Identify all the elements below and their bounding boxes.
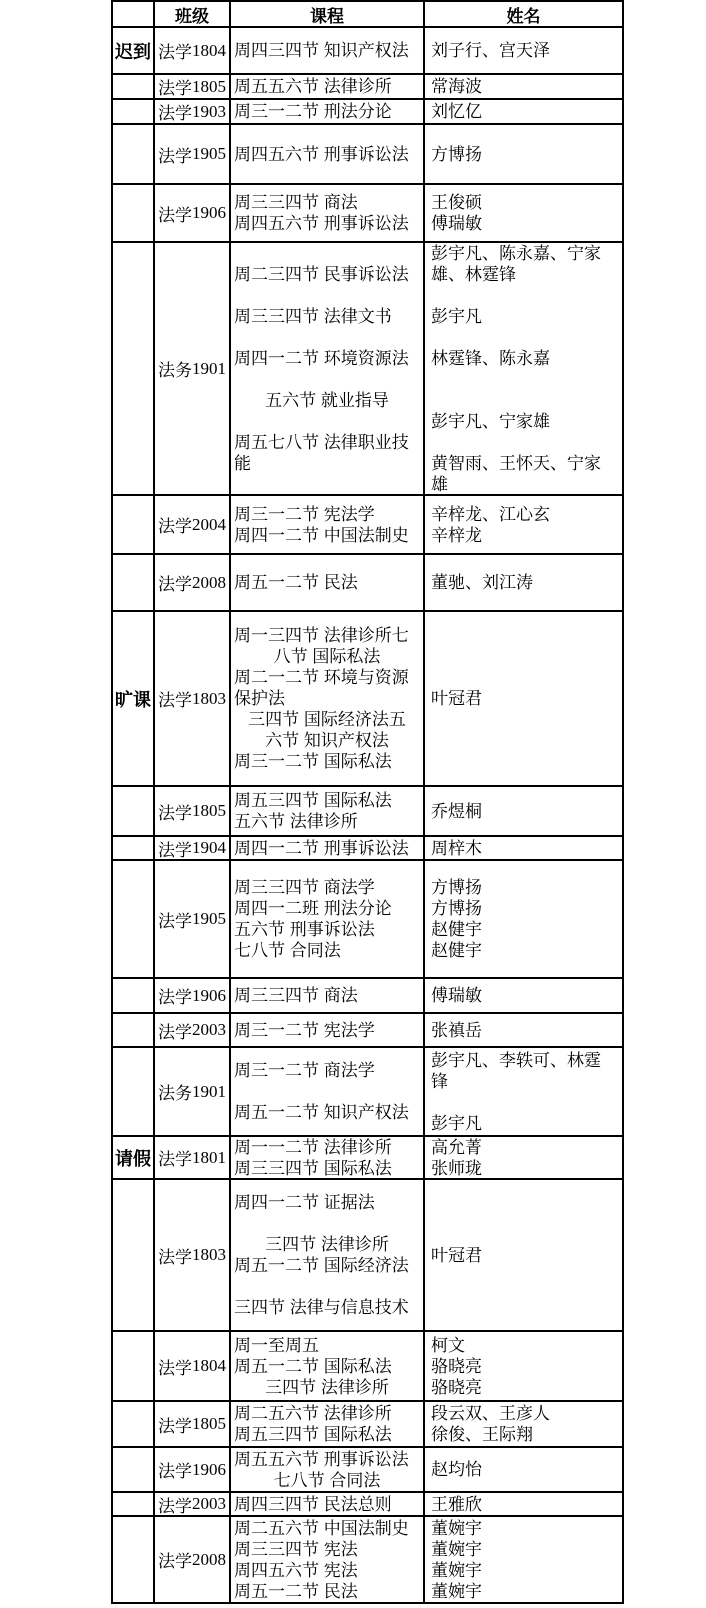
course-line: 周五七八节 法律职业技能: [231, 432, 423, 474]
class-prefix: 法学: [158, 1145, 192, 1170]
course-line: 三四节 法律诊所: [231, 1377, 423, 1398]
course-line: 周五一二节 知识产权法: [231, 1102, 423, 1123]
course-cell: 周四五六节 刑事诉讼法: [229, 123, 423, 183]
class-number: 1803: [192, 1245, 226, 1265]
class-number: 1906: [192, 1460, 226, 1480]
class-cell: 法学1803: [153, 1178, 229, 1330]
course-line: 周五三四节 国际私法: [231, 790, 423, 811]
course-line: 周三三四节 国际私法: [231, 1158, 423, 1179]
class-number: 1901: [192, 359, 226, 379]
class-cell: 法学2003: [153, 1012, 229, 1046]
course-line: 周一三四节 法律诊所七: [231, 625, 423, 646]
row-label-cell: 迟到: [113, 26, 153, 73]
class-prefix: 法学: [158, 142, 192, 167]
names-cell: 傅瑞敏: [423, 977, 622, 1012]
course-line: 周四三四节 民法总则: [231, 1494, 423, 1515]
class-cell: 法学1905: [153, 123, 229, 183]
course-line: 周二五六节 法律诊所: [231, 1403, 423, 1424]
course-line: 周五一二节 国际私法: [231, 1356, 423, 1377]
row-label-cell: [113, 494, 153, 553]
names-cell: 叶冠君: [423, 610, 622, 785]
names-cell: 彭宇凡、李轶可、林霆锋彭宇凡: [423, 1046, 622, 1135]
name-line: 辛梓龙、江心玄: [425, 504, 622, 525]
name-line: 黄智雨、王怀天、宁家雄: [425, 453, 622, 495]
class-cell: 法学1805: [153, 73, 229, 98]
class-cell: 法务1901: [153, 241, 229, 494]
course-line: 周三三四节 商法: [231, 985, 423, 1006]
course-line: 周三三四节 商法学: [231, 877, 423, 898]
row-label-cell: [113, 123, 153, 183]
course-line: 三四节 法律与信息技术: [231, 1297, 423, 1318]
names-cell: 刘子行、宫天泽: [423, 26, 622, 73]
name-line: 董婉宇: [425, 1581, 622, 1602]
name-line: 赵均怡: [425, 1459, 622, 1480]
course-cell: 周三一二节 宪法学周四一二节 中国法制史: [229, 494, 423, 553]
class-prefix: 法学: [158, 836, 192, 860]
course-line: 六节 知识产权法: [231, 730, 423, 751]
class-number: 1901: [192, 1082, 226, 1102]
course-line: 五六节 法律诊所: [231, 811, 423, 832]
header-class: 班级: [153, 2, 229, 26]
class-prefix: 法学: [158, 799, 192, 824]
row-label-cell: [113, 1515, 153, 1602]
name-line: 彭宇凡、陈永嘉、宁家雄、林霆锋: [425, 243, 622, 285]
class-number: 1805: [192, 1414, 226, 1434]
course-cell: 周四一二节 刑事诉讼法: [229, 835, 423, 859]
course-line: 保护法: [231, 688, 423, 709]
name-line: 赵健宇: [425, 940, 622, 961]
course-line: 五六节 刑事诉讼法: [231, 919, 423, 940]
name-line: [425, 390, 622, 411]
class-number: 1905: [192, 909, 226, 929]
course-cell: 周三一二节 刑法分论: [229, 98, 423, 123]
row-label-cell: [113, 785, 153, 835]
row-label-cell: [113, 977, 153, 1012]
class-cell: 法学1906: [153, 183, 229, 241]
course-line: [231, 1276, 423, 1297]
name-line: 柯文: [425, 1335, 622, 1356]
course-cell: 周三一二节 商法学周五一二节 知识产权法: [229, 1046, 423, 1135]
course-line: 周三一二节 宪法学: [231, 504, 423, 525]
class-cell: 法务1901: [153, 1046, 229, 1135]
course-line: 五六节 就业指导: [231, 390, 423, 411]
class-number: 1906: [192, 986, 226, 1006]
class-cell: 法学1803: [153, 610, 229, 785]
name-line: 方博扬: [425, 877, 622, 898]
course-line: [231, 369, 423, 390]
class-prefix: 法学: [158, 907, 192, 932]
class-number: 2003: [192, 1494, 226, 1514]
course-cell: 周二五六节 中国法制史周三三四节 宪法周四五六节 宪法周五一二节 民法: [229, 1515, 423, 1602]
course-line: 周五三四节 国际私法: [231, 1424, 423, 1445]
class-prefix: 法务: [158, 1079, 192, 1104]
class-number: 2008: [192, 573, 226, 593]
course-line: 周三三四节 法律文书: [231, 306, 423, 327]
page: { "colors": { "background": "#ffffff", "…: [0, 0, 706, 1608]
course-line: 周五五六节 刑事诉讼法: [231, 1449, 423, 1470]
name-line: 林霆锋、陈永嘉: [425, 348, 622, 369]
row-label-cell: [113, 98, 153, 123]
names-cell: 赵均怡: [423, 1446, 622, 1491]
class-cell: 法学1805: [153, 785, 229, 835]
course-line: 七八节 合同法: [231, 1470, 423, 1491]
course-line: 周二一二节 环境与资源: [231, 667, 423, 688]
row-label-cell: [113, 859, 153, 977]
class-cell: 法学1906: [153, 1446, 229, 1491]
name-line: 方博扬: [425, 898, 622, 919]
course-cell: 周一三四节 法律诊所七八节 国际私法周二一二节 环境与资源保护法三四节 国际经济…: [229, 610, 423, 785]
name-line: 常海波: [425, 76, 622, 97]
class-cell: 法学2008: [153, 1515, 229, 1602]
row-label-cell: [113, 1446, 153, 1491]
course-line: 三四节 国际经济法五: [231, 709, 423, 730]
class-number: 1801: [192, 1148, 226, 1168]
class-prefix: 法学: [158, 983, 192, 1008]
class-prefix: 法学: [158, 1412, 192, 1437]
name-line: 彭宇凡、宁家雄: [425, 411, 622, 432]
names-cell: 董婉宇董婉宇董婉宇董婉宇: [423, 1515, 622, 1602]
course-line: 八节 国际私法: [231, 646, 423, 667]
course-cell: 周五五六节 刑事诉讼法七八节 合同法: [229, 1446, 423, 1491]
class-prefix: 法学: [158, 686, 192, 711]
class-prefix: 法学: [158, 74, 192, 98]
class-number: 2004: [192, 515, 226, 535]
class-cell: 法学1905: [153, 859, 229, 977]
names-cell: 辛梓龙、江心玄辛梓龙: [423, 494, 622, 553]
class-cell: 法学1804: [153, 26, 229, 73]
row-label-cell: 旷课: [113, 610, 153, 785]
row-label-cell: [113, 1400, 153, 1446]
class-number: 1905: [192, 144, 226, 164]
row-label-cell: [113, 1491, 153, 1515]
row-label-cell: [113, 241, 153, 494]
name-line: 刘忆亿: [425, 101, 622, 122]
class-number: 1805: [192, 77, 226, 97]
course-line: 周三三四节 宪法: [231, 1539, 423, 1560]
header-course: 课程: [229, 2, 423, 26]
attendance-table: 班级课程姓名迟到法学1804周四三四节 知识产权法刘子行、宫天泽法学1805周五…: [111, 0, 624, 1604]
course-line: [231, 1213, 423, 1234]
class-cell: 法学1903: [153, 98, 229, 123]
class-prefix: 法学: [158, 1547, 192, 1572]
class-prefix: 法学: [158, 1492, 192, 1516]
name-line: 叶冠君: [425, 688, 622, 709]
class-number: 1804: [192, 1356, 226, 1376]
course-line: 周三三四节 商法: [231, 192, 423, 213]
course-line: 周四一二节 环境资源法: [231, 348, 423, 369]
course-line: 周四五六节 刑事诉讼法: [231, 213, 423, 234]
name-line: 骆晓亮: [425, 1377, 622, 1398]
class-cell: 法学1904: [153, 835, 229, 859]
name-line: 方博扬: [425, 144, 622, 165]
name-line: 傅瑞敏: [425, 985, 622, 1006]
course-line: 周三一二节 商法学: [231, 1060, 423, 1081]
row-label-cell: [113, 1330, 153, 1400]
row-label-cell: [113, 553, 153, 610]
name-line: [425, 327, 622, 348]
names-cell: 张禛岳: [423, 1012, 622, 1046]
name-line: 张师珑: [425, 1158, 622, 1179]
course-line: 周三一二节 刑法分论: [231, 101, 423, 122]
name-line: 乔煜桐: [425, 801, 622, 822]
course-line: 周四五六节 刑事诉讼法: [231, 144, 423, 165]
names-cell: 王俊硕傅瑞敏: [423, 183, 622, 241]
course-cell: 周四三四节 知识产权法: [229, 26, 423, 73]
name-line: 徐俊、王际翔: [425, 1424, 622, 1445]
course-line: [231, 327, 423, 348]
header-name: 姓名: [423, 2, 622, 26]
class-number: 1903: [192, 102, 226, 122]
course-line: [231, 411, 423, 432]
name-line: 董婉宇: [425, 1560, 622, 1581]
course-line: 周五一二节 民法: [231, 572, 423, 593]
course-cell: 周三三四节 商法周四五六节 刑事诉讼法: [229, 183, 423, 241]
course-line: 周三一二节 宪法学: [231, 1020, 423, 1041]
name-line: 叶冠君: [425, 1245, 622, 1266]
class-prefix: 法学: [158, 201, 192, 226]
class-prefix: 法学: [158, 1457, 192, 1482]
name-line: 董婉宇: [425, 1518, 622, 1539]
name-line: 彭宇凡、李轶可、林霆锋: [425, 1050, 622, 1092]
name-line: 董驰、刘江涛: [425, 572, 622, 593]
course-line: 周四三四节 知识产权法: [231, 40, 423, 61]
course-cell: 周五一二节 民法: [229, 553, 423, 610]
class-number: 1805: [192, 801, 226, 821]
course-line: 周五一二节 民法: [231, 1581, 423, 1602]
name-line: 董婉宇: [425, 1539, 622, 1560]
course-line: 周五一二节 国际经济法: [231, 1255, 423, 1276]
course-line: 周一一二节 法律诊所: [231, 1137, 423, 1158]
course-line: 周四一二节 中国法制史: [231, 525, 423, 546]
class-prefix: 法务: [158, 356, 192, 381]
class-prefix: 法学: [158, 570, 192, 595]
course-line: 七八节 合同法: [231, 940, 423, 961]
row-label-cell: [113, 1046, 153, 1135]
course-line: 周四一二班 刑法分论: [231, 898, 423, 919]
name-line: 傅瑞敏: [425, 213, 622, 234]
class-number: 1804: [192, 41, 226, 61]
names-cell: 董驰、刘江涛: [423, 553, 622, 610]
class-cell: 法学1801: [153, 1135, 229, 1178]
class-prefix: 法学: [158, 99, 192, 123]
row-label-cell: [113, 73, 153, 98]
row-label-cell: [113, 183, 153, 241]
class-number: 1906: [192, 203, 226, 223]
course-line: 三四节 法律诊所: [231, 1234, 423, 1255]
class-cell: 法学1804: [153, 1330, 229, 1400]
course-line: 周四一二节 证据法: [231, 1192, 423, 1213]
course-line: 周四一二节 刑事诉讼法: [231, 838, 423, 859]
course-cell: 周二三四节 民事诉讼法周三三四节 法律文书周四一二节 环境资源法五六节 就业指导…: [229, 241, 423, 494]
names-cell: 方博扬方博扬赵健宇赵健宇: [423, 859, 622, 977]
name-line: 高允菁: [425, 1137, 622, 1158]
name-line: 王雅欣: [425, 1494, 622, 1515]
course-cell: 周三一二节 宪法学: [229, 1012, 423, 1046]
class-number: 2003: [192, 1020, 226, 1040]
course-cell: 周四一二节 证据法三四节 法律诊所周五一二节 国际经济法三四节 法律与信息技术: [229, 1178, 423, 1330]
course-cell: 周一一二节 法律诊所周三三四节 国际私法: [229, 1135, 423, 1178]
name-line: [425, 432, 622, 453]
course-cell: 周五三四节 国际私法五六节 法律诊所: [229, 785, 423, 835]
names-cell: 方博扬: [423, 123, 622, 183]
course-cell: 周四三四节 民法总则: [229, 1491, 423, 1515]
name-line: 周梓木: [425, 838, 622, 859]
names-cell: 高允菁张师珑: [423, 1135, 622, 1178]
name-line: 骆晓亮: [425, 1356, 622, 1377]
names-cell: 叶冠君: [423, 1178, 622, 1330]
name-line: [425, 1092, 622, 1113]
course-line: 周三一二节 国际私法: [231, 751, 423, 772]
class-number: 1904: [192, 838, 226, 858]
names-cell: 周梓木: [423, 835, 622, 859]
class-cell: 法学1906: [153, 977, 229, 1012]
names-cell: 常海波: [423, 73, 622, 98]
class-prefix: 法学: [158, 1018, 192, 1043]
row-label-cell: 请假: [113, 1135, 153, 1178]
class-number: 2008: [192, 1550, 226, 1570]
class-cell: 法学2003: [153, 1491, 229, 1515]
row-label-cell: [113, 1012, 153, 1046]
name-line: [425, 369, 622, 390]
class-number: 1803: [192, 689, 226, 709]
names-cell: 乔煜桐: [423, 785, 622, 835]
course-line: 周二三四节 民事诉讼法: [231, 264, 423, 285]
row-label-cell: [113, 1178, 153, 1330]
name-line: 段云双、王彦人: [425, 1403, 622, 1424]
class-prefix: 法学: [158, 512, 192, 537]
course-line: 周四五六节 宪法: [231, 1560, 423, 1581]
class-cell: 法学2008: [153, 553, 229, 610]
names-cell: 段云双、王彦人徐俊、王际翔: [423, 1400, 622, 1446]
name-line: 刘子行、宫天泽: [425, 40, 622, 61]
course-cell: 周三三四节 商法学周四一二班 刑法分论五六节 刑事诉讼法七八节 合同法: [229, 859, 423, 977]
names-cell: 王雅欣: [423, 1491, 622, 1515]
course-cell: 周二五六节 法律诊所周五三四节 国际私法: [229, 1400, 423, 1446]
class-prefix: 法学: [158, 38, 192, 63]
course-cell: 周一至周五周五一二节 国际私法三四节 法律诊所: [229, 1330, 423, 1400]
class-cell: 法学1805: [153, 1400, 229, 1446]
name-line: 彭宇凡: [425, 1113, 622, 1134]
names-cell: 柯文骆晓亮骆晓亮: [423, 1330, 622, 1400]
header-blank: [113, 2, 153, 26]
name-line: 赵健宇: [425, 919, 622, 940]
course-line: 周五五六节 法律诊所: [231, 76, 423, 97]
class-prefix: 法学: [158, 1243, 192, 1268]
course-line: 周一至周五: [231, 1335, 423, 1356]
name-line: 彭宇凡: [425, 306, 622, 327]
name-line: 王俊硕: [425, 192, 622, 213]
course-cell: 周三三四节 商法: [229, 977, 423, 1012]
name-line: 辛梓龙: [425, 525, 622, 546]
names-cell: 彭宇凡、陈永嘉、宁家雄、林霆锋彭宇凡林霆锋、陈永嘉彭宇凡、宁家雄黄智雨、王怀天、…: [423, 241, 622, 494]
names-cell: 刘忆亿: [423, 98, 622, 123]
name-line: [425, 285, 622, 306]
row-label-cell: [113, 835, 153, 859]
course-line: [231, 285, 423, 306]
class-cell: 法学2004: [153, 494, 229, 553]
class-prefix: 法学: [158, 1354, 192, 1379]
course-line: 周二五六节 中国法制史: [231, 1518, 423, 1539]
course-line: [231, 1081, 423, 1102]
course-cell: 周五五六节 法律诊所: [229, 73, 423, 98]
name-line: 张禛岳: [425, 1020, 622, 1041]
